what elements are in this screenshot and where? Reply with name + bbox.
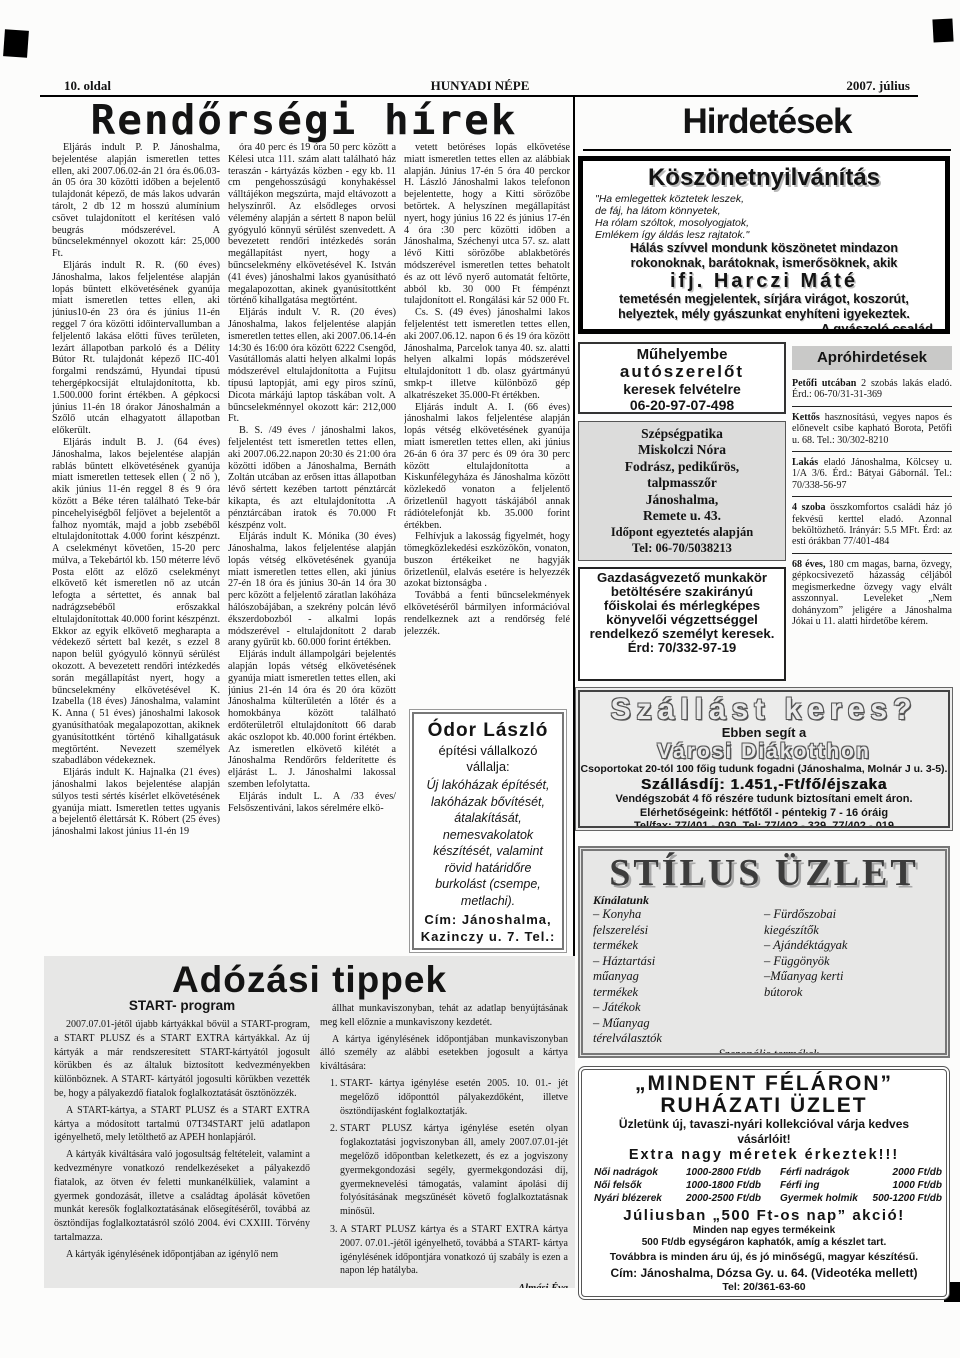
tax-paragraph: A kártyák igénylésének időpontjában az i… [54, 1248, 310, 1262]
student-hostel-ad: Szállást keres? Ebben segít a Városi Diá… [578, 690, 950, 828]
tax-tips-section: Adózási tippek START- program 2007.07.01… [44, 956, 575, 1288]
ad-line: Miskolczi Nóra [579, 442, 785, 458]
news-paragraph: Eljárás indult R. R. (60 éves) Jánoshalm… [52, 260, 220, 437]
price-value: 1000-1800 Ft/db [686, 1179, 780, 1192]
classified-lead: Lakás [792, 457, 818, 468]
start-card-rules-list: START- kártya igénylése esetén 2005. 10.… [320, 1077, 568, 1278]
police-news-column-2: óra 40 perc és 19 óra 50 perc között a K… [228, 142, 396, 954]
clothing-shop-ad: „MINDENT FÉLÁRON” RUHÁZATI ÜZLET Üzletün… [578, 1066, 950, 1300]
price-value: 2000 Ft/db [872, 1166, 942, 1179]
obituary-signature: A gyászoló család [595, 321, 933, 334]
ad-phone: 06-20-97-07-498 [580, 397, 784, 413]
advertiser-name: Ódor László [420, 720, 556, 741]
price-value: 1000-2800 Ft/db [686, 1166, 780, 1179]
shop-address: Cím: Jánoshalma, Dózsa Gy. u. 64. (Video… [592, 1266, 936, 1281]
price-label: Női nadrágok [594, 1166, 686, 1179]
stilus-shop-ad: STÍLUS ÜZLET Kínálatunk – Konyha felszer… [578, 846, 950, 1058]
classified-separator [792, 406, 952, 407]
offer-item: – Játékok [593, 1000, 679, 1016]
offer-item: – Ajándéktágyak [764, 938, 850, 954]
tax-paragraph: A START-kártya, a START PLUSZ és a START… [54, 1104, 310, 1145]
list-item: START PLUSZ kártya igénylése esetén olya… [340, 1122, 568, 1219]
news-paragraph: Eljárás indult K. Mónika (30 éves) János… [228, 531, 396, 649]
police-news-column-3: vetett betöréses lopás elkövetése miatt … [404, 142, 570, 708]
price-value: 2000-2500 Ft/db [686, 1192, 780, 1205]
classified-separator [792, 451, 952, 452]
tax-left-column: START- program 2007.07.01-jétől újabb ká… [54, 998, 310, 1265]
offer-item: –Műanyag kerti bútorok [764, 969, 850, 1000]
news-paragraph: B. S. /49 éves / jánoshalmi lakos, felje… [228, 425, 396, 531]
classified-separator [792, 496, 952, 497]
ad-line: keresek felvételre [580, 381, 784, 397]
classified-item: 68 éves, 180 cm magas, barna, özvegy, gé… [792, 559, 952, 627]
police-news-column-1: Eljárás indult P. P. Jánoshalma, bejelen… [52, 142, 220, 922]
ad-line: Elérhetőségeink: hétfőtől - péntekig 7 -… [580, 807, 948, 821]
news-paragraph: Eljárás indult A. I. (66 éves) jánoshalm… [404, 402, 570, 532]
obituary-thanks-ad: Köszönetnyilvánítás "Ha emlegettek közte… [578, 156, 950, 334]
news-paragraph: Eljárás indult P. P. Jánoshalma, bejelen… [52, 142, 220, 260]
offer-heading: Kínálatunk [593, 893, 935, 907]
price-label: Gyermek holmik [780, 1192, 872, 1205]
ad-line: Jánoshalma, [579, 492, 785, 508]
list-item: START- kártya igénylése esetén 2005. 10.… [340, 1077, 568, 1118]
list-item: A START PLUSZ kártya és a START EXTRA ká… [340, 1223, 568, 1278]
poem-line: Emlékem így áldás lesz rajtatok." [595, 229, 933, 241]
classifieds-list: Petőfi utcában 2 szobás lakás eladó. Érd… [792, 378, 952, 627]
tax-paragraph: A kártya igénylésének időpontjában munka… [320, 1033, 568, 1074]
ads-title-rule [583, 149, 951, 151]
ad-line: Szépségpatika [579, 426, 785, 442]
ad-line: talpmasszőr [579, 475, 785, 491]
news-paragraph: Továbbá a fenti bűncselekmények elköveté… [404, 590, 570, 637]
print-mark-top-right [932, 18, 953, 42]
hostel-name: Városi Diákotthon [580, 741, 948, 763]
news-paragraph: Eljárás indult K. Hajnalka (21 éves) ján… [52, 767, 220, 838]
ad-line: Remete u. 43. [579, 508, 785, 524]
offer-item: – Háztartási műanyag termékek [593, 954, 679, 1001]
ad-phone: Tel/fax: 77/401 - 030, Tel: 77/402 - 329… [580, 820, 948, 828]
offer-item: – Fürdőszobai kiegészítők [764, 907, 850, 938]
ad-line: Ebben segít a [580, 725, 948, 741]
obituary-title: Köszönetnyilvánítás [595, 165, 933, 191]
mechanic-wanted-ad: Műhelyembe autószerelőt keresek felvétel… [578, 342, 786, 414]
classified-lead: 68 éves, [792, 559, 825, 570]
price-label: Nyári blézerek [594, 1192, 686, 1205]
ad-line: Műhelyembe [580, 347, 784, 363]
contact-info: Cím: Jánoshalma, Kazinczy u. 7. Tel.: 40… [420, 912, 556, 950]
news-paragraph: Eljárás indult állampolgári bejelentés a… [228, 649, 396, 791]
price-label: Férfi ing [780, 1179, 872, 1192]
accountant-wanted-ad: Gazdaságvezető munkakör betöltésére szak… [578, 567, 786, 681]
obituary-poem: "Ha emlegettek köztetek leszek, de fáj, … [595, 193, 933, 241]
issue-date: 2007. július [846, 78, 910, 94]
tax-paragraph: 2007.07.01-jétől újabb kártyákkal bővül … [54, 1018, 310, 1101]
ad-line: Vendégszobát 4 fő részére tudunk biztosí… [580, 793, 948, 807]
print-mark-top-left [3, 29, 29, 58]
beauty-salon-ad: Szépségpatika Miskolczi Nóra Fodrász, pe… [578, 421, 786, 561]
tax-right-column: állhat munkaviszonyban, tehát az adatlap… [320, 1002, 568, 1288]
classified-item: 4 szoba összkomfortos családi ház jó fek… [792, 502, 952, 548]
ad-line: Minden nap egyes termékeink [592, 1225, 936, 1237]
news-paragraph: óra 40 perc és 19 óra 50 perc között a K… [228, 142, 396, 307]
price-label: Női felsők [594, 1179, 686, 1192]
news-paragraph: Felhívjuk a lakosság figyelmét, hogy töm… [404, 531, 570, 590]
news-paragraph: Eljárás indult B. J. (64 éves) Jánoshalm… [52, 437, 220, 767]
news-paragraph: Cs. S. (49 éves) jánoshalmi lakos feljel… [404, 307, 570, 401]
advertiser-role: építési vállalkozó vállalja: [420, 743, 556, 775]
classified-item: Petőfi utcában 2 szobás lakás eladó. Érd… [792, 378, 952, 401]
poem-line: "Ha emlegettek köztetek leszek, [595, 193, 933, 205]
news-paragraph: Eljárás indult V. R. (20 éves) Jánoshalm… [228, 307, 396, 425]
obituary-thanks-text: Hálás szívvel mondunk köszönetet mindazo… [595, 241, 933, 270]
classified-lead: Petőfi utcában [792, 378, 856, 389]
poem-line: Ha rólam szóltok, mosolyogjatok, [595, 217, 933, 229]
ad-line: 500 Ft/db egységáron kaphatók, amíg a ké… [592, 1237, 936, 1249]
ad-phone: Érd: 70/332-97-19 [586, 641, 778, 655]
ad-line: Továbbra is minden áru új, és jó minőség… [592, 1251, 936, 1264]
offer-item: – Konyha felszerelési termékek [593, 907, 679, 954]
offer-item: – Függönyök [764, 954, 850, 970]
ad-line: Extra nagy méretek érkeztek!!! [592, 1147, 936, 1164]
ad-line: Időpont egyeztetés alapján [579, 524, 785, 540]
ad-phone: Tel: 20/361-63-60 [592, 1281, 936, 1294]
news-paragraph: Eljárás indult L. A /33 éves/ Felsőszent… [228, 791, 396, 815]
hostel-price: Szállásdíj: 1.451,-Ft/fő/éjszaka [580, 776, 948, 793]
news-paragraph: vetett betöréses lopás elkövetése miatt … [404, 142, 570, 307]
tax-tips-title: Adózási tippek [44, 960, 575, 1000]
start-program-heading: START- program [54, 998, 310, 1014]
newspaper-page: 10. oldal HUNYADI NÉPE 2007. július Rend… [0, 0, 960, 1358]
author-byline: Almási Éva [320, 1282, 568, 1288]
classified-lead: 4 szoba [792, 502, 826, 513]
services-list: Új lakóházak építését, lakóházak bővítés… [420, 777, 556, 909]
promo-line: Júliusban „500 Ft-os nap” akció! [592, 1207, 936, 1225]
ad-text: Gazdaságvezető munkakör betöltésére szak… [586, 571, 778, 641]
odor-laszlo-ad: Ódor László építési vállalkozó vállalja:… [412, 712, 564, 950]
tax-paragraph: A kártyák kiváltására való jogosultság f… [54, 1148, 310, 1245]
ad-line: autószerelőt [580, 363, 784, 381]
offer-list-right: – Fürdőszobai kiegészítők – Ajándéktágya… [764, 907, 935, 1047]
price-value: 500-1200 Ft/db [872, 1192, 942, 1205]
classified-lead: Kettős [792, 412, 820, 423]
price-label: Férfi nadrágok [780, 1166, 872, 1179]
ad-phone: Tel: 06-70/5038213 [579, 540, 785, 556]
deceased-name: ifj. Harczi Máté [595, 270, 933, 292]
classified-item: Kettős hasznosítású, vegyes napos és elő… [792, 412, 952, 446]
paper-name: HUNYADI NÉPE [0, 78, 960, 94]
obituary-thanks-text: temetésén megjelentek, sírjára virágot, … [595, 292, 933, 321]
classifieds-heading: Apróhirdetések [792, 346, 952, 370]
shop-name: STÍLUS ÜZLET [593, 853, 935, 893]
ad-line: Csoportokat 20-tól 100 főig tudunk fogad… [580, 763, 948, 776]
shop-slogan: „MINDENT FÉLÁRON” [592, 1073, 936, 1095]
ad-line: Fodrász, pedikűrös, [579, 459, 785, 475]
classified-separator [792, 553, 952, 554]
ad-line: Üzletünk új, tavaszi-nyári kollekcióval … [592, 1117, 936, 1147]
price-table: Női nadrágok 1000-2800 Ft/db Férfi nadrá… [594, 1166, 936, 1205]
poem-line: de fáj, ha látom könnyetek, [595, 205, 933, 217]
shop-type: RUHÁZATI ÜZLET [592, 1095, 936, 1117]
offer-list-left: – Konyha felszerelési termékek – Háztart… [593, 907, 764, 1047]
offer-item: – Szezonális termékek [593, 1047, 935, 1059]
offer-lists: – Konyha felszerelési termékek – Háztart… [593, 907, 935, 1047]
opening-hours: Nyitva: H – P: 9 – 17, SZ: 9 – 11,30 [592, 1294, 936, 1300]
police-news-title: Rendőrségi hírek [48, 98, 560, 142]
ads-section-title: Hirdetések [583, 103, 951, 141]
tax-paragraph: állhat munkaviszonyban, tehát az adatlap… [320, 1002, 568, 1030]
offer-item: – Műanyag térelválasztók [593, 1016, 679, 1047]
classified-item: Lakás eladó Jánoshalma, Kölcsey u. 1/A 3… [792, 457, 952, 491]
hostel-ad-title: Szállást keres? [580, 694, 948, 725]
price-value: 1000 Ft/db [872, 1179, 942, 1192]
